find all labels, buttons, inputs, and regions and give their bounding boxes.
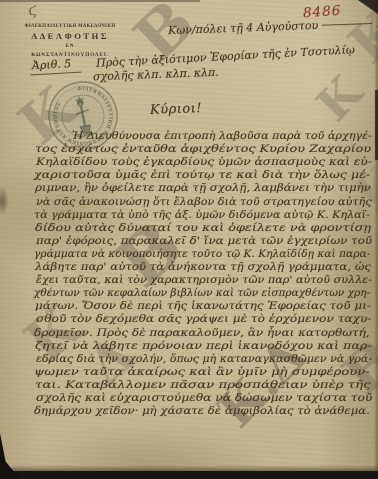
body-line: Ἡ Διευθύνουσα ἐπιτροπὴ λαβοῦσα παρὰ τοῦ … bbox=[72, 131, 372, 142]
body-line: σχολῆς καὶ εὐχαριστούμεθα νὰ δώσωμεν ταχ… bbox=[36, 393, 372, 404]
protocol-number: Ἀριθ. 5 bbox=[30, 57, 82, 76]
ink-blot-left-edge bbox=[0, 186, 9, 216]
scan-edge-bottom bbox=[0, 471, 378, 479]
body-line: νὰ σᾶς ἀνακοινώσῃ ὅτι ἔλαβον διὰ τοῦ στρ… bbox=[36, 197, 371, 208]
letterhead-line3: ΕΝ bbox=[4, 44, 136, 51]
dateline-flourish bbox=[322, 23, 372, 26]
body-line: μάτων. Ὅσον δὲ περὶ τῆς ἱκανωτάτης Ἐφορε… bbox=[35, 301, 371, 312]
body-line: Κηλαϊδίδου τοὺς ἐγκαρδίους ὑμῶν ἀσπασμοὺ… bbox=[36, 157, 372, 168]
body-line: δρομεῖον. Πρὸς δὲ παρακαλοῦμεν, ἂν ἦναι … bbox=[34, 328, 370, 339]
body-line: γράμματα νὰ κοινοποιήσητε τοῦτο τῷ Κ. Κη… bbox=[34, 249, 370, 260]
body-line: ριμναν, ἣν ὀφείλετε παρὰ τῇ σχολῇ, λαμβά… bbox=[35, 183, 371, 194]
letterhead: ΦΙΛΕΚΠΑΙΔΕΥΤΙΚΗ ΜΑΚΕΔΟΝΙΚΗ ΑΔΕΛΦΟΤΗΣ ΕΝ … bbox=[4, 24, 136, 59]
watermark-letter: Κ bbox=[336, 0, 378, 76]
body-line: ζητεῖ νὰ λάβητε πρόνοιαν περὶ ἱκανοδόχου… bbox=[35, 341, 372, 352]
body-line: λάβητε παρ' αὐτοῦ τὰ ἀνήκοντα τῇ σχολῇ γ… bbox=[35, 262, 371, 273]
body-line: τος ἐσχάτως ἐνταῦθα ἀφιχθέντος Κυρίου Ζα… bbox=[35, 144, 371, 155]
body-line: ἔχει ταῦτα, καὶ τὸν χαρακτηρισμὸν τῶν πα… bbox=[36, 275, 372, 286]
body-line: σθοῦ τὸν δεχόμεθα σᾶς γράψει μὲ τὸ ἐρχόμ… bbox=[36, 314, 372, 325]
body-line: χαριστοῦσα ὑμᾶς ἐπὶ τούτῳ τε καὶ διὰ τὴν… bbox=[34, 170, 370, 181]
dateline-place-date: Κων/πόλει τῇ 4 Αὐγούστου bbox=[168, 19, 319, 37]
body-line: ψωμεν ταῦτα ἀκαίρως καὶ ἂν ὑμῖν μὴ συμφέ… bbox=[34, 367, 370, 378]
body-line: χθέντων τῶν κεφαλαίων βιβλίων καὶ τῶν εἰ… bbox=[34, 288, 370, 299]
scan-edge-top bbox=[0, 0, 200, 2]
body-line: δημάρχου χεῖδον· μὴ χάσατε δὲ ἀμφιβολίας… bbox=[34, 406, 370, 417]
body-line: δίδου αὐτὰς δύναταί του καὶ ὀφείλετε νὰ … bbox=[35, 223, 371, 234]
watermark-letter: Κ bbox=[306, 65, 373, 131]
dateline: Κων/πόλει τῇ 4 Αὐγούστου1892 bbox=[168, 16, 378, 37]
body-line: παρ' ἐφόροις, παρακαλεῖ δ' ἵνα μετὰ τῶν … bbox=[36, 236, 372, 247]
scan-edge-right bbox=[374, 0, 378, 471]
salutation: Κύριοι! bbox=[150, 101, 203, 118]
letter-scan: ΒΚΚΚΒΚΚΔΒΚ.Δ ϛ ΦΙΛΕΚΠΑΙΔΕΥΤΙΚΗ ΜΑΚΕΔΟΝΙΚ… bbox=[0, 0, 378, 479]
body-line: τὰ γράμματα τὰ ὑπὸ τῆς ἀξ. ὑμῶν διδόμενα… bbox=[34, 210, 370, 221]
scan-corner-top-right bbox=[358, 0, 378, 14]
letterhead-line1: ΦΙΛΕΚΠΑΙΔΕΥΤΙΚΗ ΜΑΚΕΔΟΝΙΚΗ bbox=[4, 24, 136, 30]
letterhead-line2: ΑΔΕΛΦΟΤΗΣ bbox=[4, 31, 136, 43]
body-line: εδρίας διὰ τὴν σχολήν, ὅπως μὴ καταναγκα… bbox=[36, 354, 372, 365]
pencil-corner-mark: ϛ bbox=[26, 0, 38, 19]
body-line: ται. Καταβάλλομεν πᾶσαν προσπάθειαν ὑπὲρ… bbox=[35, 380, 371, 391]
